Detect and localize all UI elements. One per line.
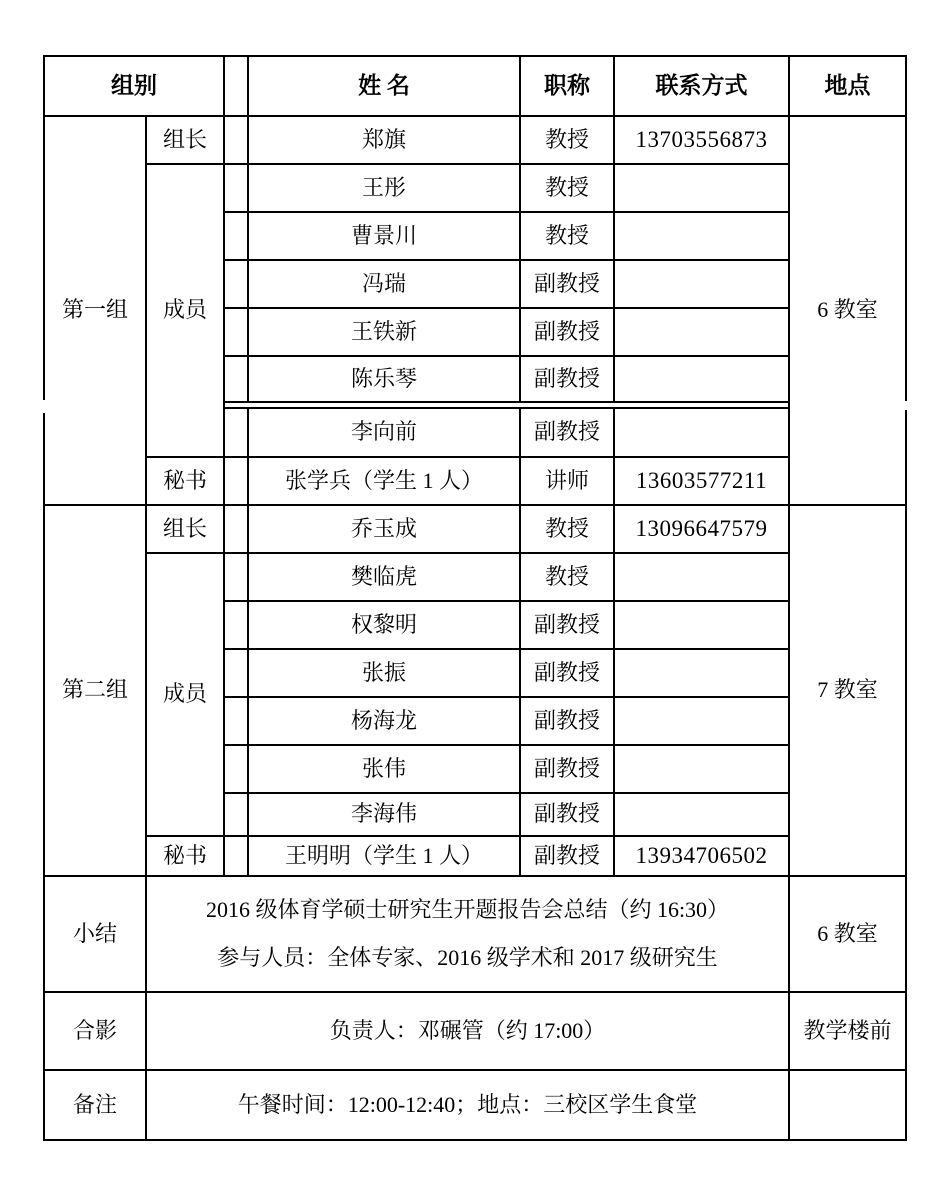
title-cell: 副教授 [519,600,615,650]
name-cell: 张学兵（学生 1 人） [247,456,521,506]
title-cell: 副教授 [519,792,615,837]
contact-cell [613,600,790,650]
name-cell: 李向前 [247,407,521,458]
page-break-gap-left [43,400,46,413]
contact-cell [613,259,790,309]
title-cell: 教授 [519,163,615,213]
name-cell: 张振 [247,648,521,698]
title-cell: 教授 [519,552,615,602]
header-name-label: 姓 名 [247,55,521,117]
header-title-label: 职称 [519,55,615,117]
title-cell: 副教授 [519,744,615,794]
contact-cell [613,648,790,698]
group1-name-cell: 第一组 [43,115,147,506]
contact-cell [613,744,790,794]
group1-member-label: 成员 [145,163,225,458]
name-cell: 王铁新 [247,307,521,357]
contact-cell: 13603577211 [613,456,790,506]
spacer-cell [223,504,249,554]
spacer-cell [223,792,249,837]
title-cell: 教授 [519,504,615,554]
schedule-table: 组别 姓 名 职称 联系方式 地点 第一组 组长 成员 秘书 6 教室 郑旗 教… [43,55,907,1141]
photo-location-cell: 教学楼前 [788,991,907,1071]
group2-location-cell: 7 教室 [788,504,907,877]
title-cell: 副教授 [519,259,615,309]
title-cell: 副教授 [519,307,615,357]
spacer-cell [223,211,249,261]
summary-line1: 2016 级体育学硕士研究生开题报告会总结（约 16:30） [206,886,729,934]
name-cell: 杨海龙 [247,696,521,746]
spacer-cell [223,115,249,165]
name-cell: 李海伟 [247,792,521,837]
contact-cell [613,696,790,746]
photo-label: 合影 [43,991,147,1071]
header-group-label: 组别 [43,55,225,117]
name-cell: 权黎明 [247,600,521,650]
spacer-cell [223,835,249,877]
header-contact-label: 联系方式 [613,55,790,117]
spacer-cell [223,552,249,602]
spacer-cell [223,600,249,650]
group2-secretary-label: 秘书 [145,835,225,877]
spacer-cell [223,407,249,458]
summary-line2: 参与人员：全体专家、2016 级学术和 2017 级研究生 [217,934,718,982]
name-cell: 冯瑞 [247,259,521,309]
summary-location-cell: 6 教室 [788,875,907,993]
summary-content: 2016 级体育学硕士研究生开题报告会总结（约 16:30） 参与人员：全体专家… [145,875,790,993]
contact-cell: 13934706502 [613,835,790,877]
group2-name-cell: 第二组 [43,504,147,877]
notes-label: 备注 [43,1069,147,1141]
title-cell: 副教授 [519,407,615,458]
title-cell: 副教授 [519,355,615,403]
contact-cell [613,552,790,602]
group1-secretary-label: 秘书 [145,456,225,506]
contact-cell: 13703556873 [613,115,790,165]
spacer-cell [223,456,249,506]
contact-cell [613,163,790,213]
name-cell: 郑旗 [247,115,521,165]
name-cell: 乔玉成 [247,504,521,554]
name-cell: 张伟 [247,744,521,794]
notes-location-cell [788,1069,907,1141]
page-break-gap-right [904,401,907,410]
summary-label: 小结 [43,875,147,993]
group2-member-label: 成员 [145,552,225,837]
spacer-cell [223,696,249,746]
spacer-cell [223,355,249,403]
title-cell: 教授 [519,211,615,261]
spacer-cell [223,259,249,309]
name-cell: 陈乐琴 [247,355,521,403]
name-cell: 曹景川 [247,211,521,261]
name-cell: 王彤 [247,163,521,213]
spacer-cell [223,307,249,357]
title-cell: 副教授 [519,696,615,746]
title-cell: 讲师 [519,456,615,506]
contact-cell [613,307,790,357]
spacer-cell [223,163,249,213]
contact-cell: 13096647579 [613,504,790,554]
contact-cell [613,792,790,837]
group1-leader-label: 组长 [145,115,225,165]
contact-cell [613,211,790,261]
title-cell: 教授 [519,115,615,165]
group1-location-cell: 6 教室 [788,115,907,506]
name-cell: 樊临虎 [247,552,521,602]
contact-cell [613,355,790,403]
header-location-label: 地点 [788,55,907,117]
title-cell: 副教授 [519,835,615,877]
header-spacer-cell [223,55,249,117]
title-cell: 副教授 [519,648,615,698]
notes-content: 午餐时间：12:00-12:40；地点：三校区学生食堂 [145,1069,790,1141]
group2-leader-label: 组长 [145,504,225,554]
spacer-cell [223,744,249,794]
photo-content: 负责人：邓碾管（约 17:00） [145,991,790,1071]
spacer-cell [223,648,249,698]
name-cell: 王明明（学生 1 人） [247,835,521,877]
contact-cell [613,407,790,458]
